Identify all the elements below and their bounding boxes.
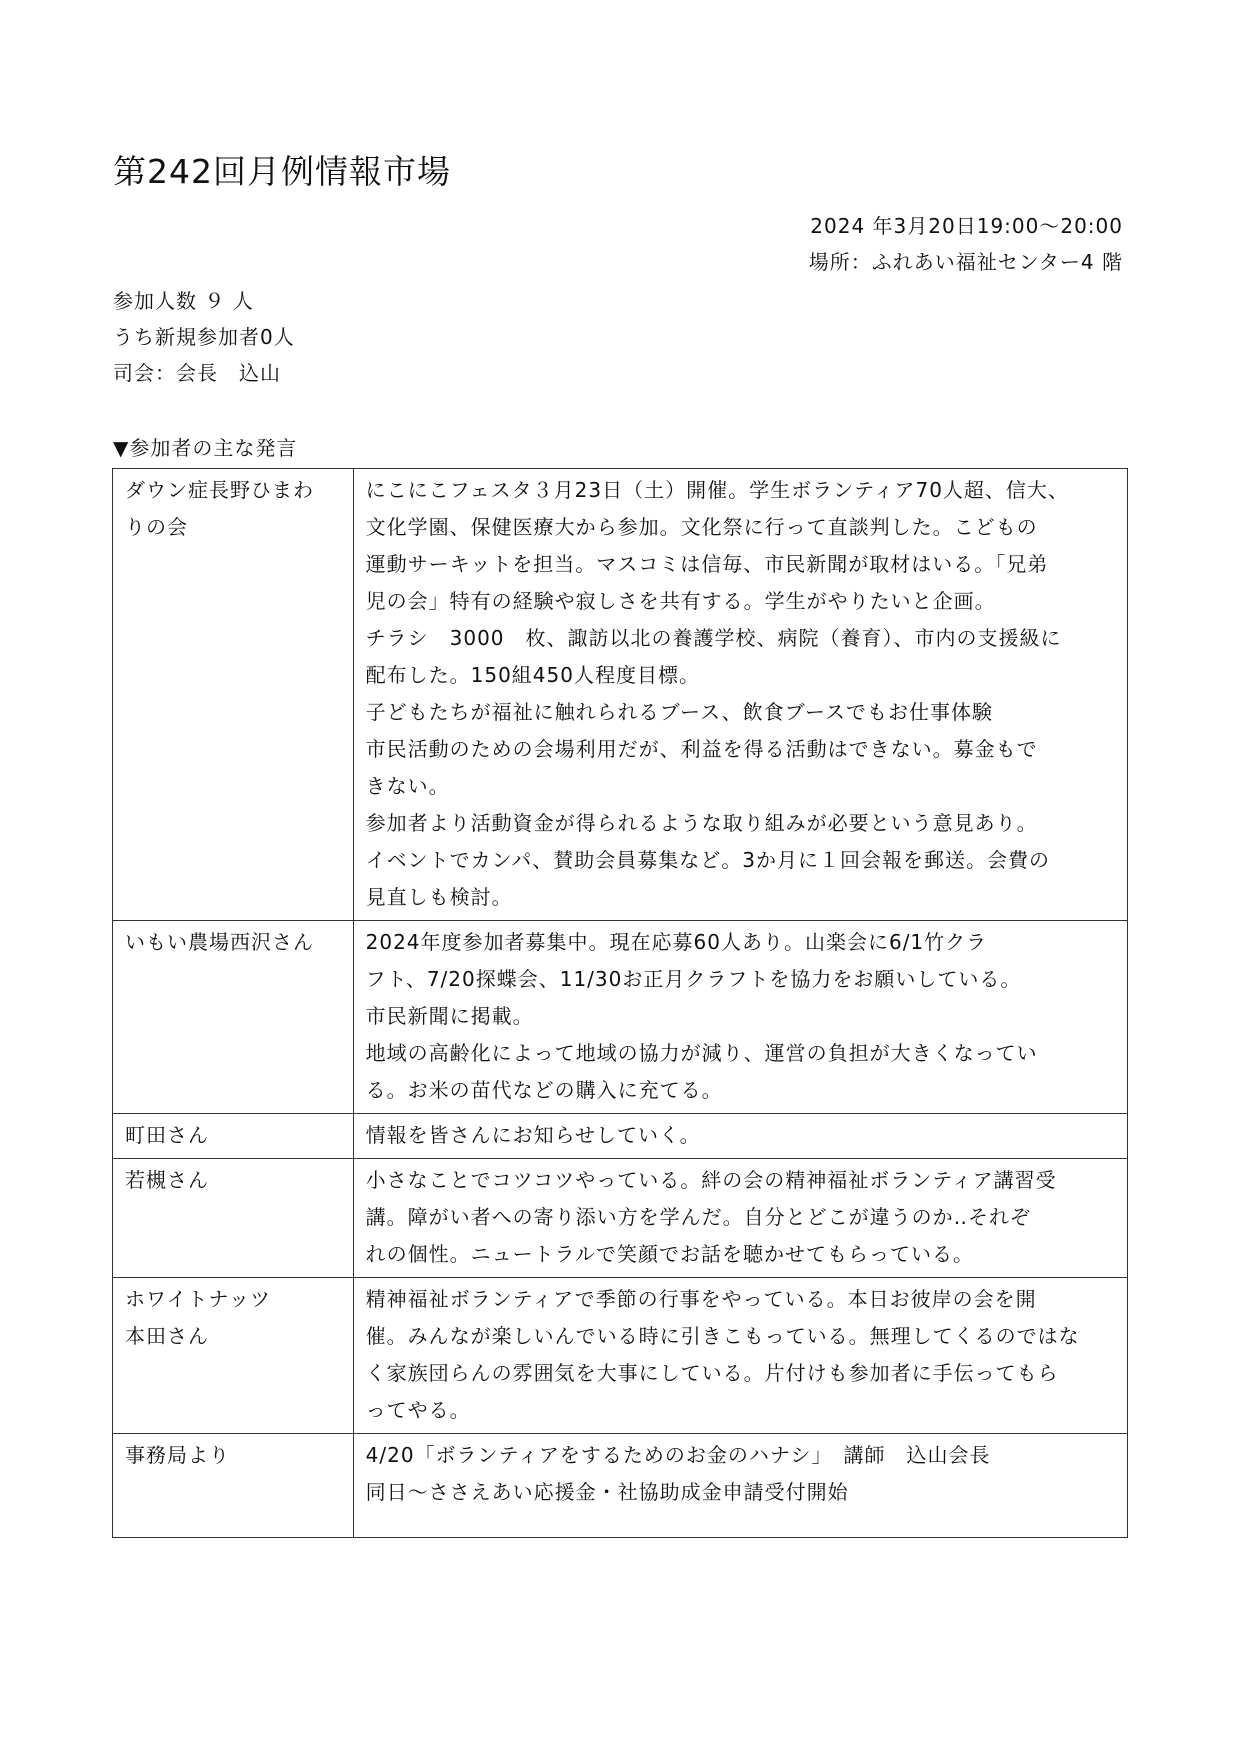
speaker-line: 町田さん: [125, 1117, 343, 1154]
remark-cell: 精神福祉ボランティアで季節の行事をやっている。本日お彼岸の会を開 催。みんなが楽…: [353, 1278, 1127, 1434]
remark-line: 同日～ささえあい応援金・社協助成金申請受付開始: [366, 1474, 1117, 1511]
moderator: 司会：会長 込山: [113, 355, 295, 391]
table-row: 町田さん 情報を皆さんにお知らせしていく。: [113, 1114, 1128, 1159]
table-row: ダウン症長野ひまわ りの会 にこにこフェスタ３月23日（土）開催。学生ボランティ…: [113, 469, 1128, 921]
remark-line: る。お米の苗代などの購入に充てる。: [366, 1072, 1117, 1109]
meeting-info: 参加人数 ９ 人 うち新規参加者0人 司会：会長 込山: [113, 283, 295, 391]
remark-cell: 4/20「ボランティアをするためのお金のハナシ」 講師 込山会長 同日～ささえあ…: [353, 1434, 1127, 1538]
remark-line: にこにこフェスタ３月23日（土）開催。学生ボランティア70人超、信大、: [366, 472, 1117, 509]
meeting-meta: 2024 年3月20日19:00～20:00 場所：ふれあい福祉センター4 階: [809, 208, 1123, 280]
meeting-datetime: 2024 年3月20日19:00～20:00: [809, 208, 1123, 244]
speaker-line: 事務局より: [125, 1437, 343, 1474]
speaker-line: ダウン症長野ひまわ: [125, 472, 343, 509]
speaker-cell: ホワイトナッツ 本田さん: [113, 1278, 354, 1434]
remark-line: 小さなことでコツコツやっている。絆の会の精神福祉ボランティア講習受: [366, 1162, 1117, 1199]
document-title: 第242回月例情報市場: [113, 152, 451, 192]
remark-line: きない。: [366, 768, 1117, 805]
remark-line: 地域の高齢化によって地域の協力が減り、運営の負担が大きくなってい: [366, 1035, 1117, 1072]
table-row: いもい農場西沢さん 2024年度参加者募集中。現在応募60人あり。山楽会に6/1…: [113, 921, 1128, 1114]
remark-line: く家族団らんの雰囲気を大事にしている。片付けも参加者に手伝ってもら: [366, 1355, 1117, 1392]
meeting-location: 場所：ふれあい福祉センター4 階: [809, 244, 1123, 280]
remark-line: 催。みんなが楽しいんでいる時に引きこもっている。無理してくるのではな: [366, 1318, 1117, 1355]
remark-line: 子どもたちが福祉に触れられるブース、飲食ブースでもお仕事体験: [366, 694, 1117, 731]
remark-line: 児の会」特有の経験や寂しさを共有する。学生がやりたいと企画。: [366, 583, 1117, 620]
new-participants-count: うち新規参加者0人: [113, 319, 295, 355]
remark-line: 市民活動のための会場利用だが、利益を得る活動はできない。募金もで: [366, 731, 1117, 768]
remark-line: 精神福祉ボランティアで季節の行事をやっている。本日お彼岸の会を開: [366, 1281, 1117, 1318]
remark-line: 見直しも検討。: [366, 879, 1117, 916]
remark-line: 運動サーキットを担当。マスコミは信毎、市民新聞が取材はいる。「兄弟: [366, 546, 1117, 583]
remark-line: 文化学園、保健医療大から参加。文化祭に行って直談判した。こどもの: [366, 509, 1117, 546]
speaker-line: 本田さん: [125, 1318, 343, 1355]
table-row: 若槻さん 小さなことでコツコツやっている。絆の会の精神福祉ボランティア講習受 講…: [113, 1159, 1128, 1278]
remark-line: 情報を皆さんにお知らせしていく。: [366, 1117, 1117, 1154]
remark-cell: にこにこフェスタ３月23日（土）開催。学生ボランティア70人超、信大、 文化学園…: [353, 469, 1127, 921]
speaker-line: いもい農場西沢さん: [125, 924, 343, 961]
speaker-line: ホワイトナッツ: [125, 1281, 343, 1318]
speaker-line: りの会: [125, 509, 343, 546]
speaker-cell: いもい農場西沢さん: [113, 921, 354, 1114]
remark-line: 参加者より活動資金が得られるような取り組みが必要という意見あり。: [366, 805, 1117, 842]
remark-line: 2024年度参加者募集中。現在応募60人あり。山楽会に6/1竹クラ: [366, 924, 1117, 961]
remark-line: れの個性。ニュートラルで笑顔でお話を聴かせてもらっている。: [366, 1236, 1117, 1273]
table-row: ホワイトナッツ 本田さん 精神福祉ボランティアで季節の行事をやっている。本日お彼…: [113, 1278, 1128, 1434]
remark-line: 配布した。150組450人程度目標。: [366, 657, 1117, 694]
speaker-line: 若槻さん: [125, 1162, 343, 1199]
speaker-cell: 若槻さん: [113, 1159, 354, 1278]
remark-line: 講。障がい者への寄り添い方を学んだ。自分とどこが違うのか‥それぞ: [366, 1199, 1117, 1236]
speaker-cell: 町田さん: [113, 1114, 354, 1159]
remark-line: フト、7/20探蝶会、11/30お正月クラフトを協力をお願いしている。: [366, 961, 1117, 998]
speaker-cell: 事務局より: [113, 1434, 354, 1538]
remark-line: 市民新聞に掲載。: [366, 998, 1117, 1035]
remark-line: チラシ 3000 枚、諏訪以北の養護学校、病院（養育）、市内の支援級に: [366, 620, 1117, 657]
table-row: 事務局より 4/20「ボランティアをするためのお金のハナシ」 講師 込山会長 同…: [113, 1434, 1128, 1538]
remark-cell: 2024年度参加者募集中。現在応募60人あり。山楽会に6/1竹クラ フト、7/2…: [353, 921, 1127, 1114]
document-page: 第242回月例情報市場 2024 年3月20日19:00～20:00 場所：ふれ…: [0, 0, 1241, 1755]
speaker-cell: ダウン症長野ひまわ りの会: [113, 469, 354, 921]
remarks-table: ダウン症長野ひまわ りの会 にこにこフェスタ３月23日（土）開催。学生ボランティ…: [112, 468, 1128, 1538]
section-heading: ▼参加者の主な発言: [113, 432, 297, 464]
remark-line: 4/20「ボランティアをするためのお金のハナシ」 講師 込山会長: [366, 1437, 1117, 1474]
remark-cell: 小さなことでコツコツやっている。絆の会の精神福祉ボランティア講習受 講。障がい者…: [353, 1159, 1127, 1278]
remark-line: ってやる。: [366, 1392, 1117, 1429]
remark-cell: 情報を皆さんにお知らせしていく。: [353, 1114, 1127, 1159]
attendance-count: 参加人数 ９ 人: [113, 283, 295, 319]
remark-line: イベントでカンパ、賛助会員募集など。3か月に１回会報を郵送。会費の: [366, 842, 1117, 879]
